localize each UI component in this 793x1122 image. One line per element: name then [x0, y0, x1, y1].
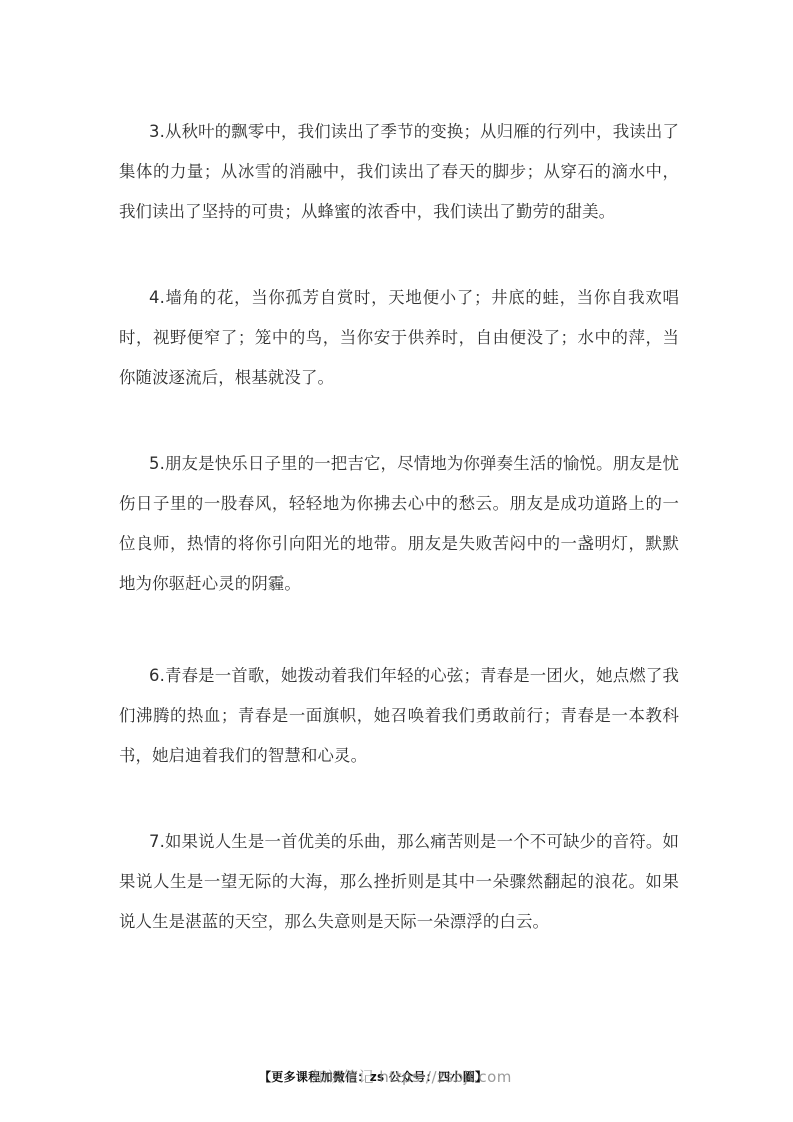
footer-watermark: 知识笔记 https://zsbji.com	[312, 1066, 512, 1087]
paragraph-3: 3.从秋叶的飘零中，我们读出了季节的变换；从归雁的行列中，我读出了集体的力量；从…	[119, 112, 679, 232]
paragraph-6: 6.青春是一首歌，她拨动着我们年轻的心弦；青春是一团火，她点燃了我们沸腾的热血；…	[119, 656, 679, 776]
page-footer: 【更多课程加微信：zs 公众号：四小圈】 知识笔记 https://zsbji.…	[0, 1068, 793, 1088]
document-page: 3.从秋叶的飘零中，我们读出了季节的变换；从归雁的行列中，我读出了集体的力量；从…	[0, 0, 793, 1122]
paragraph-4: 4.墙角的花，当你孤芳自赏时，天地便小了；井底的蛙，当你自我欢唱时，视野便窄了；…	[119, 278, 679, 398]
paragraph-5: 5.朋友是快乐日子里的一把吉它，尽情地为你弹奏生活的愉悦。朋友是忧伤日子里的一股…	[119, 444, 679, 604]
paragraph-7: 7.如果说人生是一首优美的乐曲，那么痛苦则是一个不可缺少的音符。如果说人生是一望…	[119, 822, 679, 942]
